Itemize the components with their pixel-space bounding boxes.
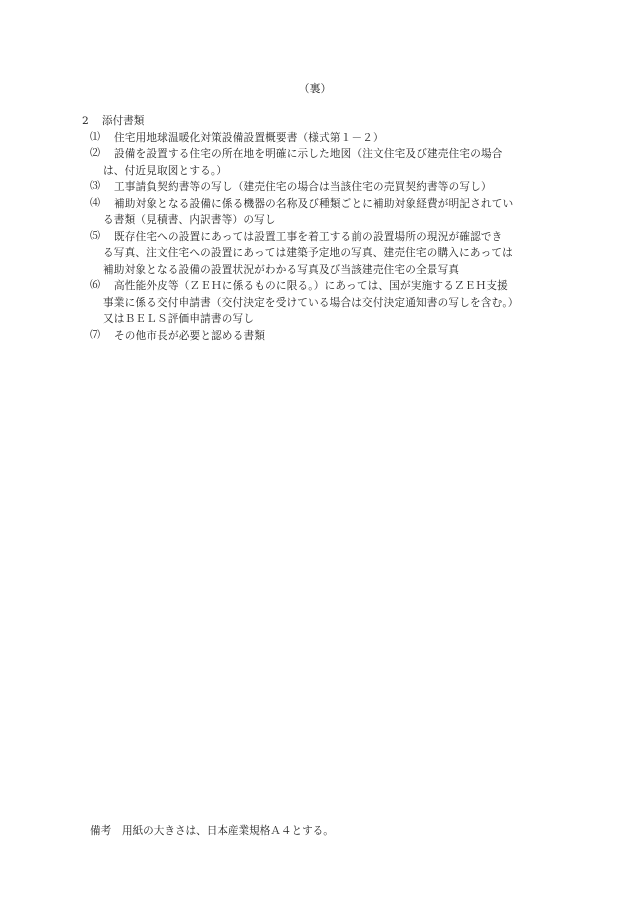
- list-item: ⑵ 設備を設置する住宅の所在地を明確に示した地図（注文住宅及び建売住宅の場合 は…: [82, 146, 554, 179]
- remark-note: 備考用紙の大きさは、日本産業規格Ａ４とする。: [90, 823, 334, 838]
- item-text-continued: 事業に係る交付申請書（交付決定を受けている場合は交付決定通知書の写しを含む。）: [103, 295, 554, 312]
- section-heading: 2添付書類: [82, 113, 554, 130]
- item-text: その他市長が必要と認める書類: [114, 328, 554, 345]
- item-text: 工事請負契約書等の写し（建売住宅の場合は当該住宅の売買契約書等の写し）: [114, 179, 554, 196]
- item-text-continued: は、付近見取図とする。）: [103, 163, 554, 180]
- item-number: ⑸: [90, 229, 100, 246]
- remark-text: 用紙の大きさは、日本産業規格Ａ４とする。: [122, 825, 334, 837]
- item-text-continued: 補助対象となる設備の設置状況がわかる写真及び当該建売住宅の全景写真: [103, 262, 554, 279]
- item-number: ⑷: [90, 196, 100, 213]
- item-text: 既存住宅への設置にあっては設置工事を着工する前の設置場所の現況が確認でき: [114, 229, 554, 246]
- section-title: 添付書類: [102, 115, 144, 127]
- item-number: ⑴: [90, 130, 100, 147]
- list-item: ⑷ 補助対象となる設備に係る機器の名称及び種類ごとに補助対象経費が明記されてい …: [82, 196, 554, 229]
- remark-label: 備考: [90, 823, 122, 838]
- item-text: 設備を設置する住宅の所在地を明確に示した地図（注文住宅及び建売住宅の場合: [114, 146, 554, 163]
- section-number: 2: [82, 113, 102, 130]
- page-side-label: （裏）: [0, 80, 630, 96]
- list-item: ⑹ 高性能外皮等（ＺＥＨに係るものに限る。）にあっては、国が実施するＺＥＨ支援 …: [82, 278, 554, 328]
- item-text: 住宅用地球温暖化対策設備設置概要書（様式第１－２）: [114, 130, 554, 147]
- item-text: 補助対象となる設備に係る機器の名称及び種類ごとに補助対象経費が明記されてい: [114, 196, 554, 213]
- attachments-section: 2添付書類 ⑴ 住宅用地球温暖化対策設備設置概要書（様式第１－２） ⑵ 設備を設…: [82, 113, 554, 344]
- list-item: ⑸ 既存住宅への設置にあっては設置工事を着工する前の設置場所の現況が確認でき る…: [82, 229, 554, 279]
- item-number: ⑵: [90, 146, 100, 163]
- item-number: ⑶: [90, 179, 100, 196]
- item-text-continued: る書類（見積書、内訳書等）の写し: [103, 212, 554, 229]
- item-number: ⑹: [90, 278, 100, 295]
- list-item: ⑺ その他市長が必要と認める書類: [82, 328, 554, 345]
- document-page: （裏） 2添付書類 ⑴ 住宅用地球温暖化対策設備設置概要書（様式第１－２） ⑵ …: [0, 0, 630, 903]
- item-text-continued: 又はＢＥＬＳ評価申請書の写し: [103, 311, 554, 328]
- list-item: ⑴ 住宅用地球温暖化対策設備設置概要書（様式第１－２）: [82, 130, 554, 147]
- item-text-continued: る写真、注文住宅への設置にあっては建築予定地の写真、建売住宅の購入にあっては: [103, 245, 554, 262]
- item-number: ⑺: [90, 328, 100, 345]
- list-item: ⑶ 工事請負契約書等の写し（建売住宅の場合は当該住宅の売買契約書等の写し）: [82, 179, 554, 196]
- item-text: 高性能外皮等（ＺＥＨに係るものに限る。）にあっては、国が実施するＺＥＨ支援: [114, 278, 554, 295]
